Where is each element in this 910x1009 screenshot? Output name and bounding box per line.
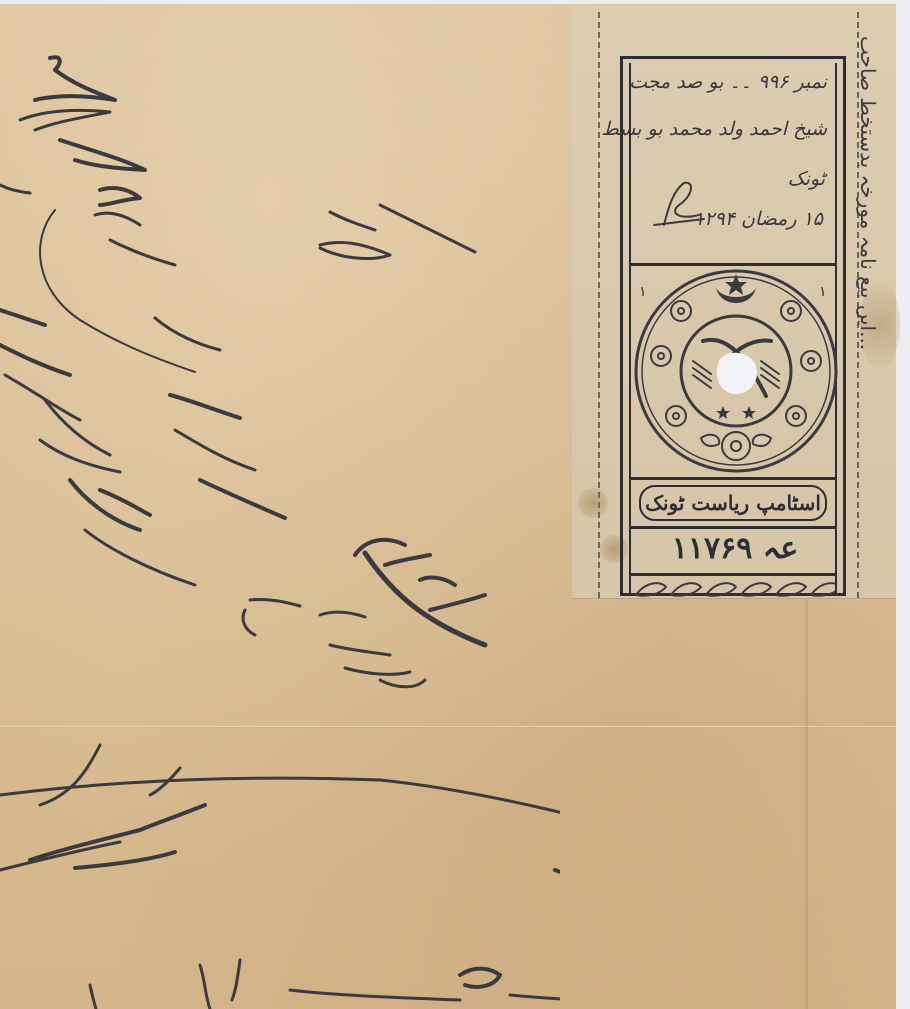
endorsement-line: ۱۵ رمضان ۱۲۹۴ xyxy=(694,208,823,230)
crescent-icon xyxy=(716,288,756,303)
corner-right-value: ١ xyxy=(819,284,827,300)
corner-left-value: ١ xyxy=(639,284,647,300)
endorsement-line: ٹونک xyxy=(788,168,825,190)
star-icon xyxy=(742,406,756,419)
signature-flourish-icon xyxy=(649,175,709,235)
stamp-serial-number: عہ ۱۱۷۶۹ xyxy=(645,531,825,566)
endorsement-line: شیخ احمد ولد محمد بو بسط xyxy=(601,118,827,140)
serial-value: ۱۱۷۶۹ xyxy=(672,531,753,566)
stain xyxy=(578,488,608,518)
stamp-legend: اسٹامپ ریاست ٹونک xyxy=(639,485,827,521)
revenue-stamp: نمبر ۹۹۶ ۔۔ بو صد مجت شیخ احمد ولد محمد … xyxy=(620,56,846,596)
stamp-leaf-border xyxy=(631,577,835,599)
star-icon xyxy=(716,406,730,419)
denomination: عہ xyxy=(763,531,798,566)
vertical-fold-line xyxy=(805,590,808,1009)
handwriting-strokes xyxy=(0,0,560,1009)
stamp-serial-band: عہ ۱۱۷۶۹ xyxy=(631,529,835,576)
stamp-legend-band: اسٹامپ ریاست ٹونک xyxy=(631,477,835,529)
stamp-endorsement-box: نمبر ۹۹۶ ۔۔ بو صد مجت شیخ احمد ولد محمد … xyxy=(631,63,835,266)
endorsement-line: نمبر ۹۹۶ ۔۔ بو صد مجت xyxy=(629,71,827,93)
margin-note: ایں بیع نامہ مورخہ بدستخط صاحب... xyxy=(858,36,878,350)
stamp-emblem: ١ ١ xyxy=(631,266,841,476)
